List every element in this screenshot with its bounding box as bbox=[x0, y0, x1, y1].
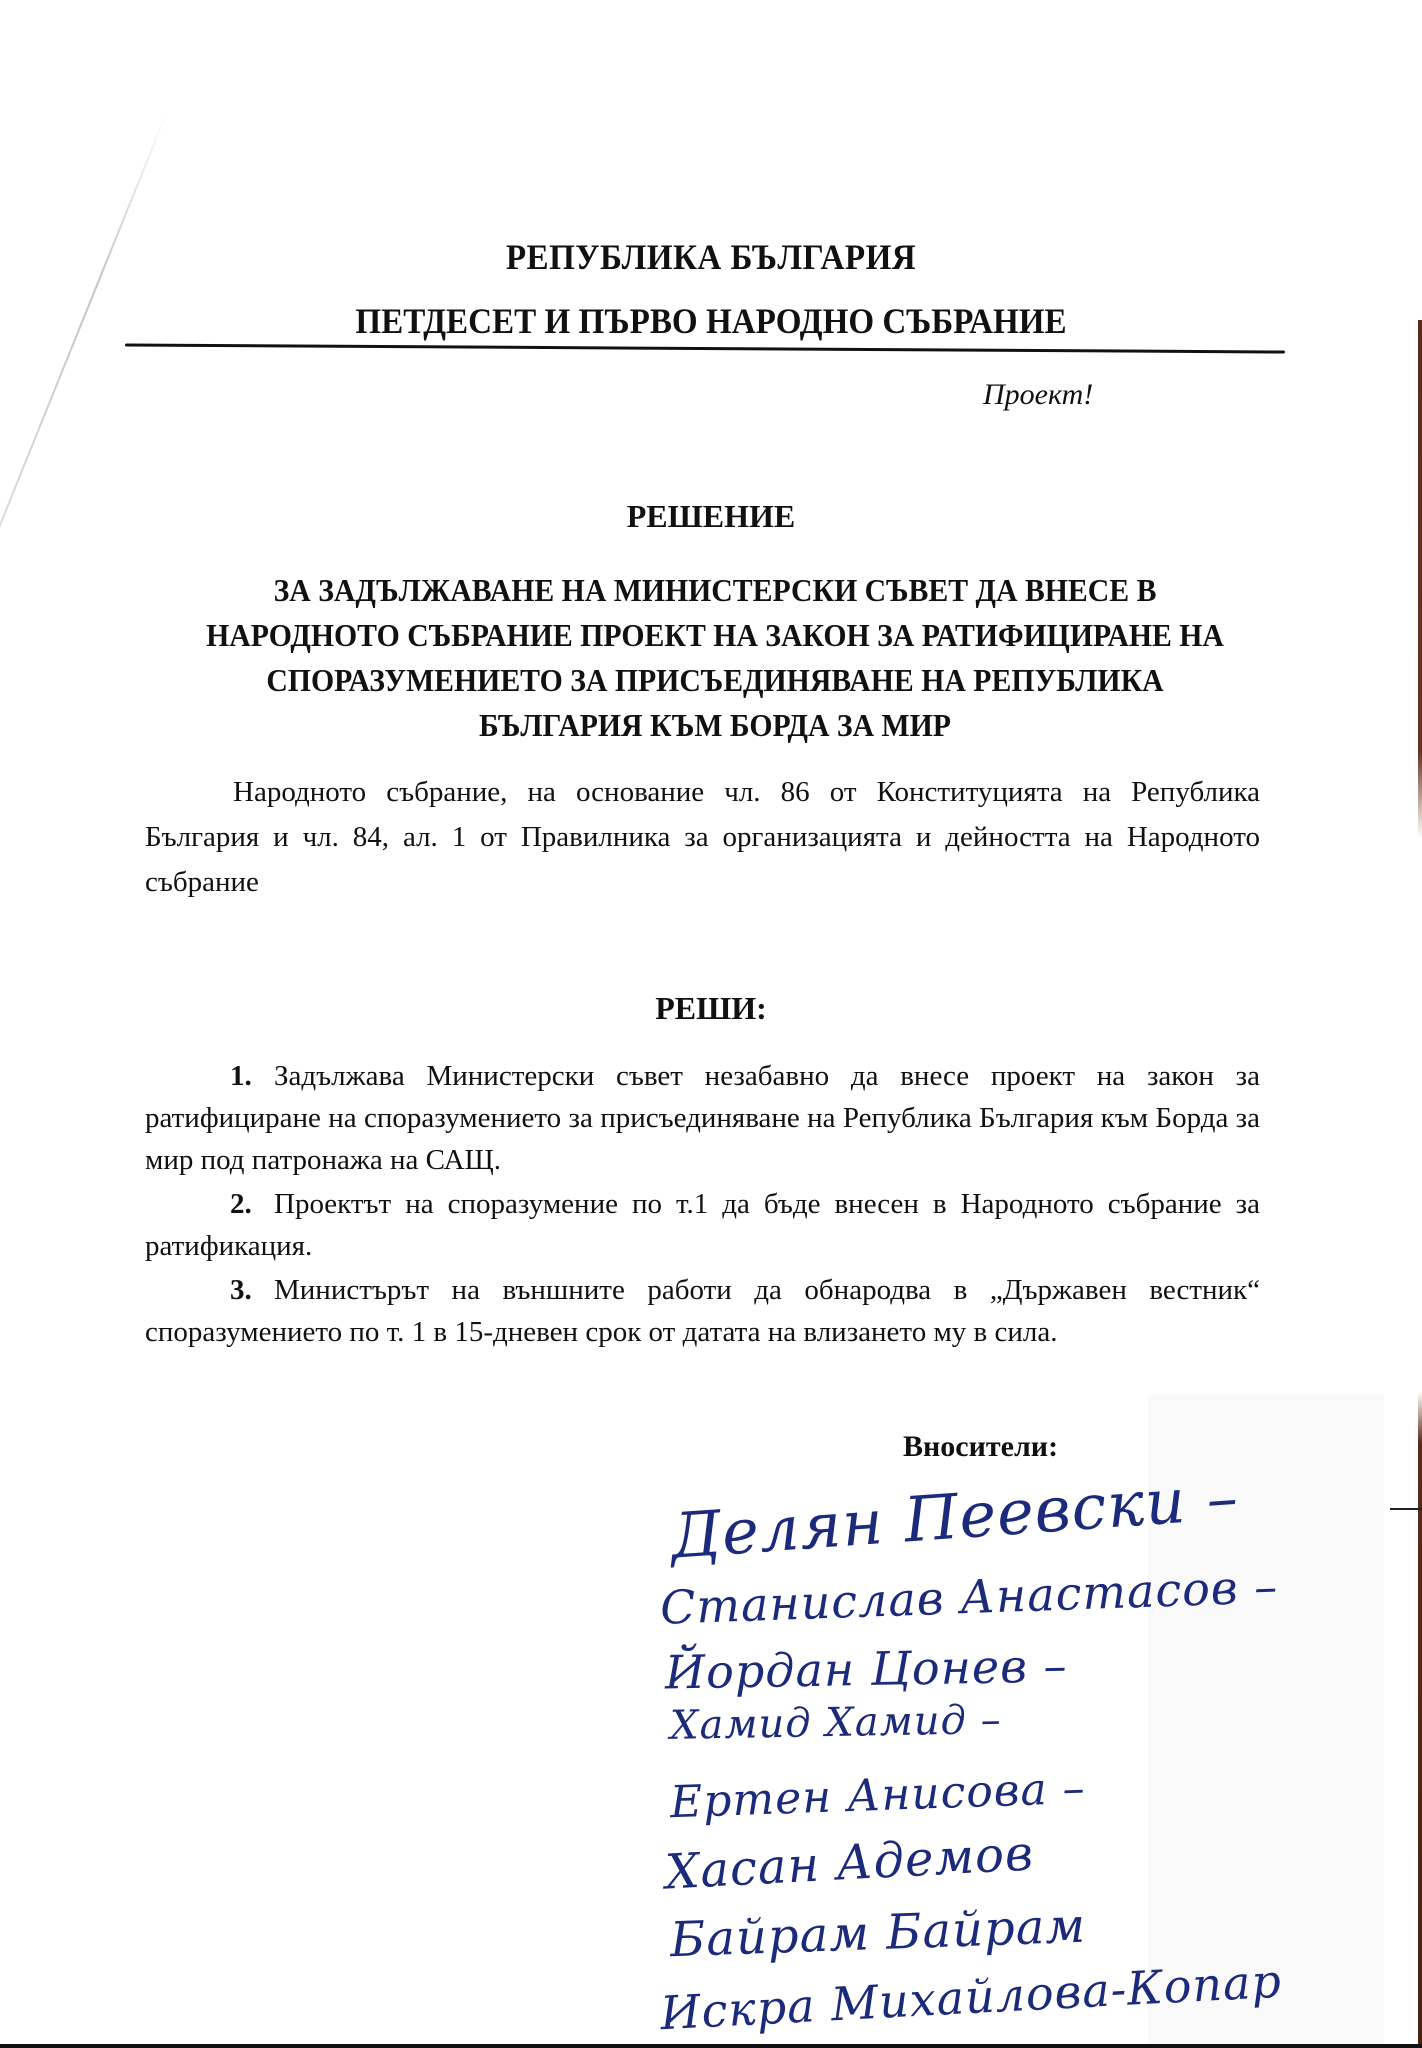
signature-5: Ертен Анисова – bbox=[669, 1763, 1086, 1828]
decision-items: 1.Задължава Министерски съвет незабавно … bbox=[145, 1055, 1260, 1355]
header-assembly: ПЕТДЕСЕТ И ПЪРВО НАРОДНО СЪБРАНИЕ bbox=[57, 300, 1365, 342]
resolves-label: РЕШИ: bbox=[0, 990, 1422, 1027]
preamble-text: Народното събрание, на основание чл. 86 … bbox=[145, 776, 1260, 898]
item-text: Задължава Министерски съвет незабавно да… bbox=[145, 1060, 1260, 1176]
page-edge-shadow bbox=[1418, 320, 1422, 2048]
signature-6: Хасан Адемов bbox=[664, 1825, 1035, 1900]
sponsors-label: Вносители: bbox=[903, 1430, 1058, 1464]
decision-heading: ЗА ЗАДЪЛЖАВАНЕ НА МИНИСТЕРСКИ СЪВЕТ ДА В… bbox=[190, 568, 1241, 748]
bottom-edge bbox=[0, 2044, 1422, 2048]
header-rule bbox=[125, 343, 1285, 353]
item-number: 2. bbox=[230, 1183, 274, 1225]
decision-item-3: 3.Министърът на външните работи да обнар… bbox=[145, 1269, 1260, 1353]
item-text: Министърът на външните работи да обнарод… bbox=[145, 1274, 1260, 1348]
edge-mark bbox=[1390, 1508, 1422, 1510]
signatures-block: Делян Пеевски – Станислав Анастасов – Йо… bbox=[640, 1470, 1160, 2045]
header-republic: РЕПУБЛИКА БЪЛГАРИЯ bbox=[57, 236, 1365, 278]
item-number: 1. bbox=[230, 1055, 274, 1097]
item-number: 3. bbox=[230, 1269, 274, 1311]
preamble-paragraph: Народното събрание, на основание чл. 86 … bbox=[145, 770, 1260, 905]
signature-4: Хамид Хамид – bbox=[670, 1697, 1002, 1749]
decision-item-2: 2.Проектът на споразумение по т.1 да бъд… bbox=[145, 1183, 1260, 1267]
item-text: Проектът на споразумение по т.1 да бъде … bbox=[145, 1188, 1260, 1262]
decision-item-1: 1.Задължава Министерски съвет незабавно … bbox=[145, 1055, 1260, 1181]
draft-mark: Проект! bbox=[983, 378, 1093, 412]
signature-3: Йордан Цонев – bbox=[665, 1638, 1068, 1699]
signature-1: Делян Пеевски – bbox=[668, 1460, 1241, 1573]
decision-title: РЕШЕНИЕ bbox=[0, 498, 1422, 535]
signature-7: Байрам Байрам bbox=[669, 1898, 1087, 1968]
